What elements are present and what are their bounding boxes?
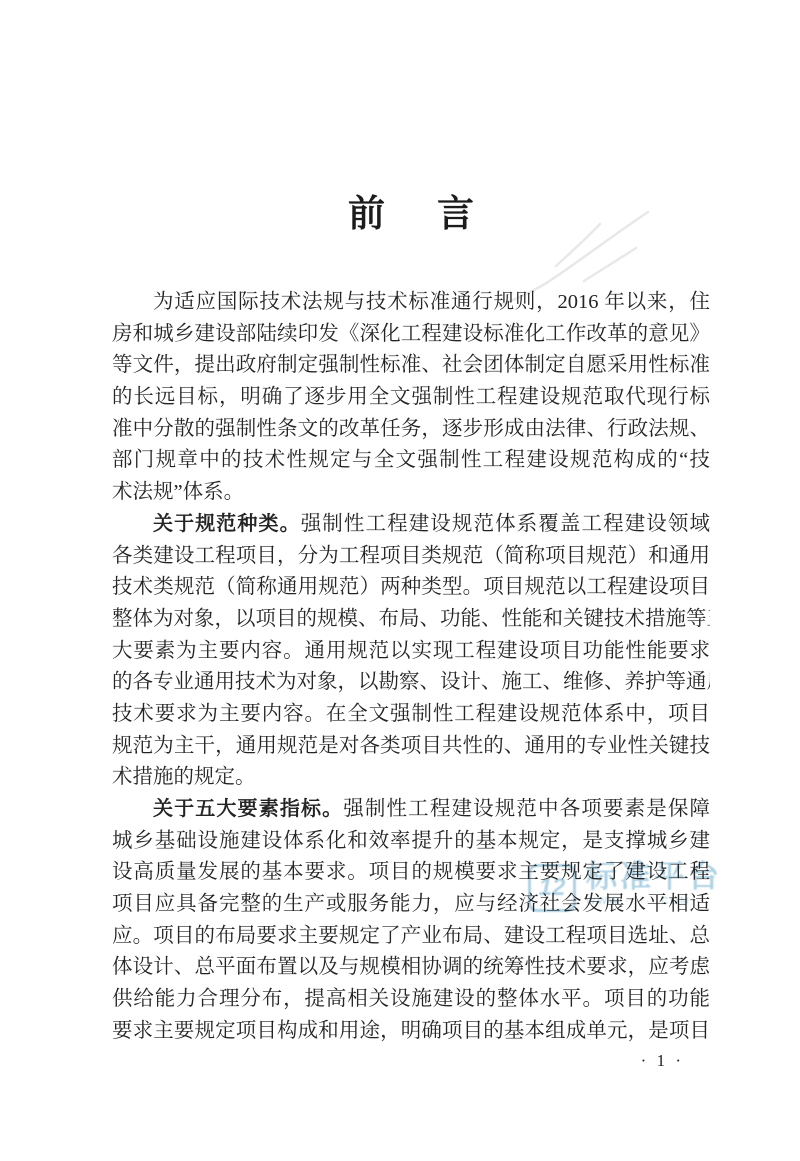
- text-line: 体设计、总平面布置以及与规模相协调的统筹性技术要求，应考虑: [112, 952, 710, 984]
- text-line: 的各专业通用技术为对象，以勘察、设计、施工、维修、养护等通用: [112, 667, 710, 699]
- text-line: 房和城乡建设部陆续印发《深化工程建设标准化工作改革的意见》: [112, 319, 710, 351]
- text-line: 规范为主干，通用规范是对各类项目共性的、通用的专业性关键技: [112, 731, 710, 763]
- document-page: 12 标准平台 WWW.······.COM 前 言 为适应国际技术法规与技术标…: [0, 0, 800, 1161]
- text-line: 应。项目的布局要求主要规定了产业布局、建设工程项目选址、总: [112, 921, 710, 953]
- text-line: 技术类规范（简称通用规范）两种类型。项目规范以工程建设项目: [112, 572, 710, 604]
- text-line: 供给能力合理分布，提高相关设施建设的整体水平。项目的功能: [112, 984, 710, 1016]
- text-line: 设高质量发展的基本要求。项目的规模要求主要规定了建设工程: [112, 857, 710, 889]
- text-span: 强制性工程建设规范中各项要素是保障: [343, 798, 710, 820]
- paragraph-lead: 关于五大要素指标。: [153, 798, 343, 820]
- text-line: 等文件，提出政府制定强制性标准、社会团体制定自愿采用性标准: [112, 350, 710, 382]
- text-line: 整体为对象，以项目的规模、布局、功能、性能和关键技术措施等五: [112, 604, 710, 636]
- title-char-1: 前: [348, 183, 385, 237]
- text-line: 的长远目标，明确了逐步用全文强制性工程建设规范取代现行标: [112, 382, 710, 414]
- text-line: 关于规范种类。强制性工程建设规范体系覆盖工程建设领域: [112, 509, 710, 541]
- text-line: 关于五大要素指标。强制性工程建设规范中各项要素是保障: [112, 794, 710, 826]
- page-number: · 1 ·: [112, 1051, 710, 1071]
- text-line: 要求主要规定项目构成和用途，明确项目的基本组成单元，是项目: [112, 1016, 710, 1048]
- text-line: 各类建设工程项目，分为工程项目类规范（简称项目规范）和通用: [112, 541, 710, 573]
- text-line: 准中分散的强制性条文的改革任务，逐步形成由法律、行政法规、: [112, 414, 710, 446]
- text-line: 技术要求为主要内容。在全文强制性工程建设规范体系中，项目: [112, 699, 710, 731]
- text-line: 部门规章中的技术性规定与全文强制性工程建设规范构成的“技: [112, 445, 710, 477]
- paragraph: 关于五大要素指标。强制性工程建设规范中各项要素是保障 城乡基础设施建设体系化和效…: [112, 794, 710, 1048]
- paragraph-lead: 关于规范种类。: [153, 513, 301, 535]
- paragraph: 为适应国际技术法规与技术标准通行规则，2016 年以来，住 房和城乡建设部陆续印…: [112, 287, 710, 509]
- text-line: 术法规”体系。: [112, 477, 710, 509]
- paragraph: 关于规范种类。强制性工程建设规范体系覆盖工程建设领域 各类建设工程项目，分为工程…: [112, 509, 710, 794]
- text-line: 为适应国际技术法规与技术标准通行规则，2016 年以来，住: [112, 287, 710, 319]
- body-text: 为适应国际技术法规与技术标准通行规则，2016 年以来，住 房和城乡建设部陆续印…: [112, 287, 710, 1048]
- text-line: 城乡基础设施建设体系化和效率提升的基本规定，是支撑城乡建: [112, 826, 710, 858]
- text-span: 强制性工程建设规范体系覆盖工程建设领域: [301, 513, 710, 535]
- text-line: 大要素为主要内容。通用规范以实现工程建设项目功能性能要求: [112, 636, 710, 668]
- text-line: 项目应具备完整的生产或服务能力，应与经济社会发展水平相适: [112, 889, 710, 921]
- title-char-2: 言: [437, 183, 474, 237]
- text-line: 术措施的规定。: [112, 762, 710, 794]
- page-title: 前 言: [112, 183, 710, 237]
